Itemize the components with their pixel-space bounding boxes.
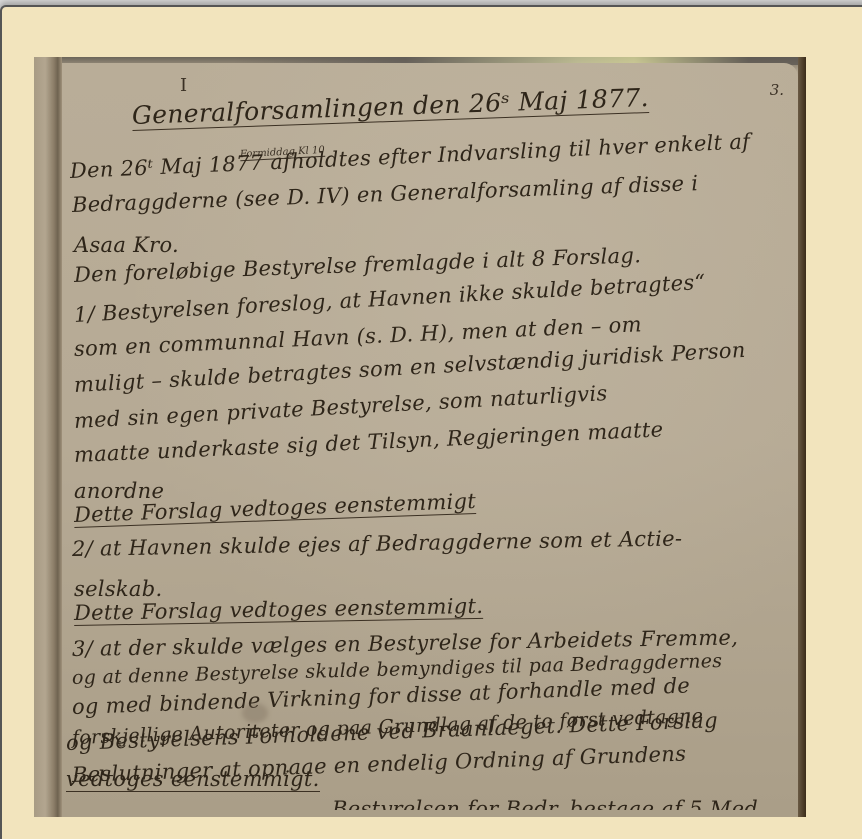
- image-viewer-frame: I 3. Generalforsamlingen den 26ˢ Maj 187…: [0, 5, 862, 832]
- manuscript-photo: I 3. Generalforsamlingen den 26ˢ Maj 187…: [34, 57, 806, 817]
- section-numeral: I: [180, 75, 187, 96]
- manuscript-page: I 3. Generalforsamlingen den 26ˢ Maj 187…: [62, 63, 798, 817]
- document-title: Generalforsamlingen den 26ˢ Maj 1877.: [131, 83, 649, 131]
- page-edge: [798, 57, 806, 817]
- manuscript-line: selskab.: [74, 577, 162, 601]
- manuscript-line: 2/ at Havnen skulde ejes af Bedraggderne…: [72, 526, 683, 561]
- ink-stain: [242, 703, 268, 723]
- page-number: 3.: [770, 81, 784, 99]
- manuscript-line: Asaa Kro.: [74, 233, 179, 257]
- manuscript-line: Beslutninger at opnaae en endelig Ordnin…: [72, 742, 687, 787]
- page-gutter: [34, 57, 62, 817]
